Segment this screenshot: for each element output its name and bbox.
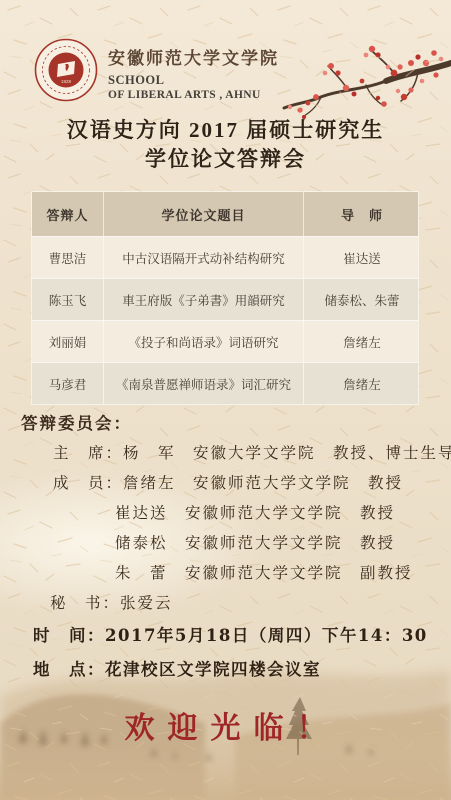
committee-heading: 答辩委员会： — [21, 410, 132, 434]
org-name-block: 安徽师范大学文学院 SCHOOL OF LIBERAL ARTS , AHNU — [108, 44, 279, 101]
table-row: 马彦君 《南泉普愿禅师语录》词汇研究 詹绪左 — [32, 362, 418, 404]
chair-value: 杨 军 安徽大学文学院 教授、博士生导师 — [123, 444, 451, 462]
time-label: 时 间： — [33, 626, 105, 645]
school-seal-logo: 1928 — [34, 38, 98, 102]
cell-thesis: 中古汉语隔开式动补结构研究 — [104, 237, 304, 278]
cell-advisor: 詹绪左 — [304, 363, 420, 404]
committee-member-line: 朱 蕾 安徽师范大学文学院 副教授 — [115, 561, 413, 583]
cell-thesis: 《南泉普愿禅师语录》词汇研究 — [104, 363, 304, 404]
committee-member-line: 储泰松 安徽师范大学文学院 教授 — [115, 531, 395, 553]
cell-advisor: 詹绪左 — [304, 321, 420, 362]
members-label: 成 员： — [53, 474, 123, 492]
cell-advisor: 崔达送 — [304, 237, 420, 278]
table-row: 陈玉飞 車王府版《子弟書》用韻研究 储泰松、朱蕾 — [32, 278, 418, 320]
logo-year: 1928 — [61, 79, 72, 84]
secretary-value: 张爱云 — [120, 594, 173, 612]
committee-chair-line: 主 席：杨 军 安徽大学文学院 教授、博士生导师 — [53, 441, 451, 463]
cell-candidate: 刘丽娟 — [32, 321, 104, 362]
schedule-time-line: 时 间：2017年5月18日（周四）下午14：30 — [33, 622, 428, 646]
cell-advisor: 储泰松、朱蕾 — [304, 279, 420, 320]
member-value: 詹绪左 安徽师范大学文学院 教授 — [123, 474, 403, 492]
secretary-label: 秘 书： — [50, 594, 120, 612]
table-header-row: 答辩人 学位论文题目 导 师 — [32, 192, 418, 236]
defense-table: 答辩人 学位论文题目 导 师 曹思洁 中古汉语隔开式动补结构研究 崔达送 陈玉飞… — [31, 191, 419, 405]
col-header-thesis: 学位论文题目 — [104, 192, 304, 236]
table-row: 刘丽娟 《投子和尚语录》词语研究 詹绪左 — [32, 320, 418, 362]
col-header-candidate: 答辩人 — [32, 192, 104, 236]
cell-candidate: 陈玉飞 — [32, 279, 104, 320]
cell-candidate: 马彦君 — [32, 363, 104, 404]
cell-thesis: 《投子和尚语录》词语研究 — [104, 321, 304, 362]
schedule-place-line: 地 点：花津校区文学院四楼会议室 — [33, 656, 321, 680]
welcome-message: 欢迎光临！ — [0, 703, 451, 747]
chair-label: 主 席： — [53, 444, 123, 462]
cell-thesis: 車王府版《子弟書》用韻研究 — [104, 279, 304, 320]
org-name-en-line1: SCHOOL — [108, 73, 279, 88]
poster-title-line1: 汉语史方向 2017 届硕士研究生 — [0, 116, 451, 145]
table-row: 曹思洁 中古汉语隔开式动补结构研究 崔达送 — [32, 236, 418, 278]
committee-member-line: 崔达送 安徽师范大学文学院 教授 — [115, 501, 395, 523]
cell-candidate: 曹思洁 — [32, 237, 104, 278]
committee-secretary-line: 秘 书：张爱云 — [50, 591, 173, 613]
committee-member-line: 成 员：詹绪左 安徽师范大学文学院 教授 — [53, 471, 403, 493]
defense-announcement-poster: 1928 安徽师范大学文学院 SCHOOL OF LIBERAL ARTS , … — [0, 0, 451, 800]
org-name-en-line2: OF LIBERAL ARTS , AHNU — [108, 89, 279, 101]
poster-title-line2: 学位论文答辩会 — [0, 145, 451, 174]
poster-title: 汉语史方向 2017 届硕士研究生 学位论文答辩会 — [0, 116, 451, 174]
org-name-cn: 安徽师范大学文学院 — [108, 44, 279, 69]
col-header-advisor: 导 师 — [304, 192, 420, 236]
place-value: 花津校区文学院四楼会议室 — [105, 660, 321, 679]
place-label: 地 点： — [33, 660, 105, 679]
time-value: 2017年5月18日（周四）下午14：30 — [105, 626, 428, 645]
